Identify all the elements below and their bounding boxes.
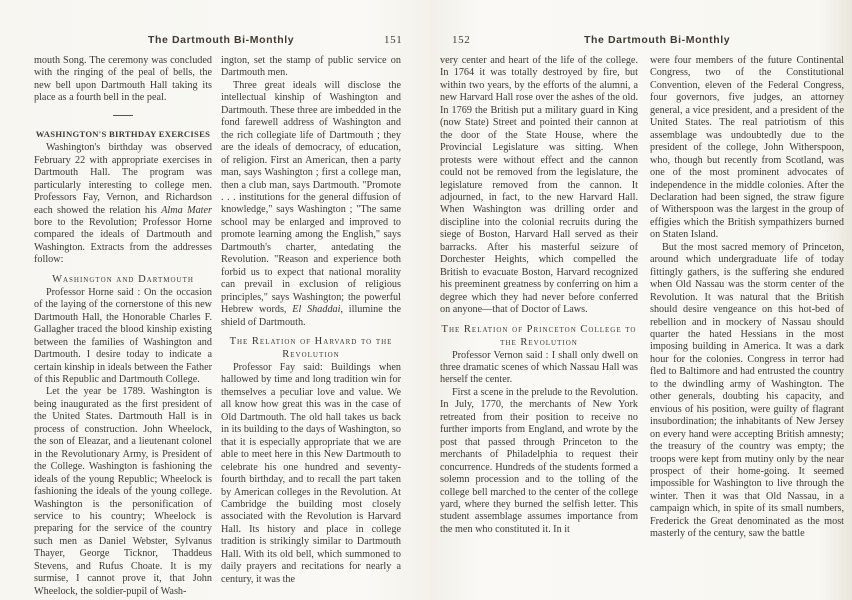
left-page: The Dartmouth Bi-Monthly 151 mouth Song.… <box>0 0 430 600</box>
intro-text-2: bore to the Revolution; Professor Horne … <box>34 217 212 265</box>
subheading: The Relation of Princeton College to the… <box>440 323 638 349</box>
paragraph: Three great ideals will disclose the int… <box>221 80 401 329</box>
book-spread: The Dartmouth Bi-Monthly 151 mouth Song.… <box>0 0 852 600</box>
running-head: The Dartmouth Bi-Monthly <box>584 34 730 46</box>
paragraph: Professor Vernon said : I shall only dwe… <box>440 350 638 387</box>
paragraph-italic: El Shaddai <box>292 304 340 315</box>
subheading: Washington and Dartmouth <box>34 273 212 286</box>
section-heading: WASHINGTON'S BIRTHDAY EXERCISES <box>34 128 212 140</box>
paragraph: Professor Fay said: Buildings when hallo… <box>221 362 401 586</box>
carryover-paragraph: mouth Song. The ceremony was concluded w… <box>34 55 212 105</box>
subheading: The Relation of Harvard to the Revolutio… <box>221 335 401 361</box>
page-number: 151 <box>384 34 402 46</box>
left-column-1: mouth Song. The ceremony was concluded w… <box>34 55 212 598</box>
right-column-2: were four members of the future Continen… <box>650 55 844 541</box>
carryover-paragraph: ington, set the stamp of public service … <box>221 55 401 80</box>
left-column-2: ington, set the stamp of public service … <box>221 55 401 586</box>
running-head: The Dartmouth Bi-Monthly <box>148 34 294 46</box>
section-divider <box>113 115 133 116</box>
intro-italic: Alma Mater <box>161 205 212 216</box>
carryover-paragraph: very center and heart of the life of the… <box>440 55 638 317</box>
right-column-1: very center and heart of the life of the… <box>440 55 638 536</box>
carryover-paragraph: were four members of the future Continen… <box>650 55 844 242</box>
paragraph: Let the year be 1789. Washington is bein… <box>34 386 212 598</box>
paragraph-text: Three great ideals will disclose the int… <box>221 80 401 315</box>
page-number: 152 <box>452 34 470 46</box>
right-page: 152 The Dartmouth Bi-Monthly very center… <box>430 0 852 600</box>
paragraph: But the most sacred memory of Princeton,… <box>650 242 844 541</box>
paragraph: First a scene in the prelude to the Revo… <box>440 387 638 536</box>
paragraph: Professor Horne said : On the occasion o… <box>34 287 212 387</box>
intro-paragraph: Washington's birthday was observed Febru… <box>34 142 212 267</box>
